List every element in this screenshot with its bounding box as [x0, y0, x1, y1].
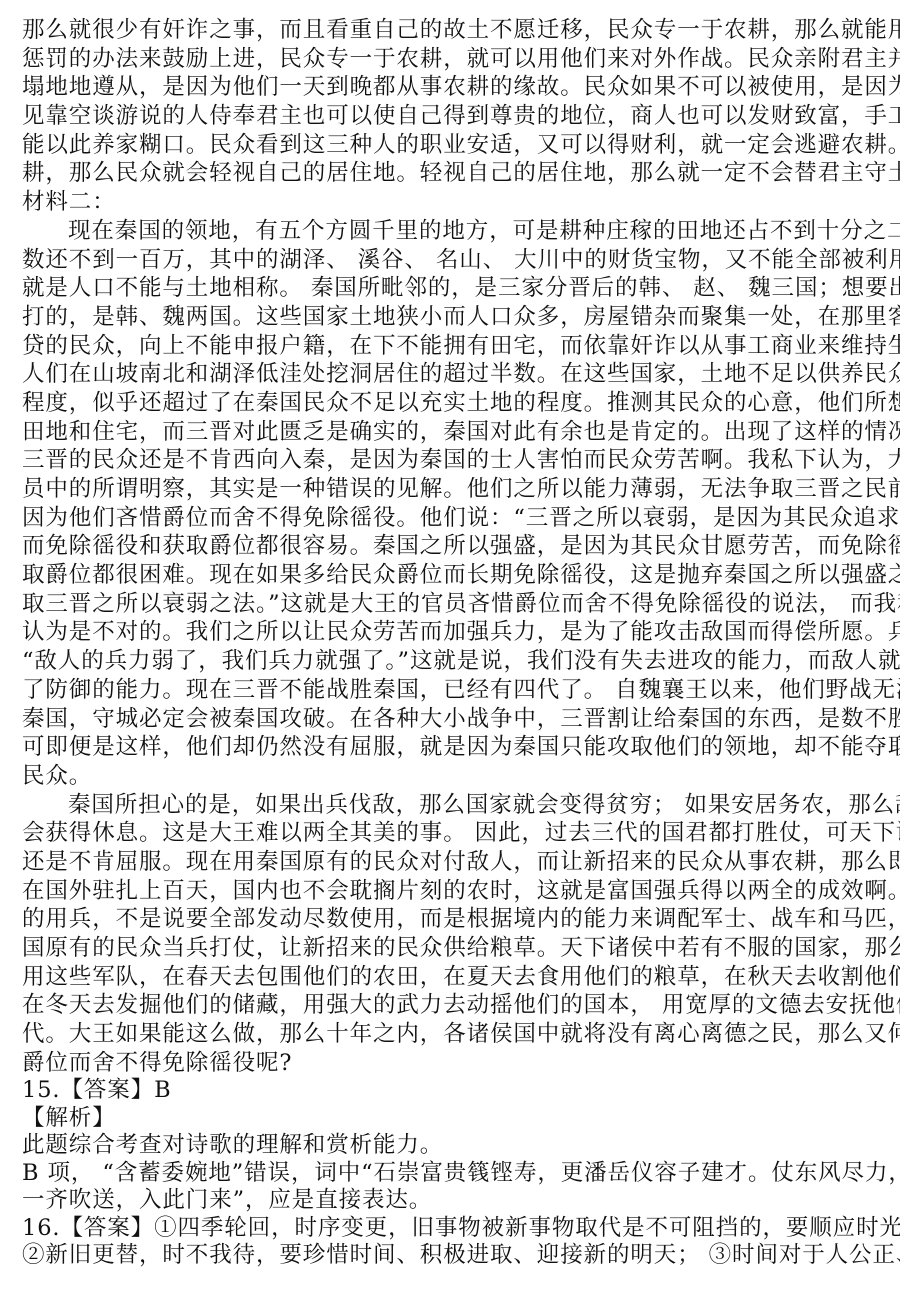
text-line: 数还不到一百万，其中的湖泽、 溪谷、 名山、 大川中的财货宝物，又不能全部被利用…	[22, 246, 880, 275]
text-line: 见靠空谈游说的人侍奉君主也可以使自己得到尊贵的地位，商人也可以发财致富，手工业者…	[22, 102, 880, 131]
q15-analysis-line: 此题综合考查对诗歌的理解和赏析能力。	[22, 1132, 880, 1160]
q15-analysis-line: B 项， “含蓄委婉地”错误，词中“石崇富贵篯铿寿，更潘岳仪容子建才。仗东风尽力…	[22, 1160, 880, 1188]
text-line: 可即便是这样，他们却仍然没有屈服，就是因为秦国只能攻取他们的领地，却不能夺取他们…	[22, 733, 880, 762]
text-line: 因为他们吝惜爵位而舍不得免除徭役。他们说：“三晋之所以衰弱，是因为其民众追求享乐…	[22, 504, 880, 533]
text-line: 员中的所谓明察，其实是一种错误的见解。他们之所以能力薄弱，无法争取三晋之民前来，…	[22, 475, 880, 504]
material1-tail: 那么就很少有奸诈之事，而且看重自己的故土不愿迁移，民众专一于农耕，那么就能用奖赏…	[22, 16, 880, 188]
text-line: 会获得休息。这是大王难以两全其美的事。 因此，过去三代的国君都打胜仗，可天下诸侯…	[22, 819, 880, 848]
text-line: 惩罚的办法来鼓励上进，民众专一于农耕，就可以用他们来对外作战。民众亲附君主并且死…	[22, 45, 880, 74]
text-line: 秦国所担心的是，如果出兵伐敌，那么国家就会变得贫穷； 如果安居务农，那么敌人就	[22, 791, 880, 820]
text-line: 能以此养家糊口。民众看到这三种人的职业安适，又可以得财利，就一定会逃避农耕。逃避…	[22, 131, 880, 160]
text-line: 就是人口不能与土地相称。 秦国所毗邻的，是三家分晋后的韩、 赵、 魏三国；想要出…	[22, 274, 880, 303]
text-line: 代。大王如果能这么做，那么十年之内，各诸侯国中就将没有离心离德之民，那么又何必吝…	[22, 1020, 880, 1049]
text-line: 还是不肯屈服。现在用秦国原有的民众对付敌人，而让新招来的民众从事农耕，那么即便军…	[22, 848, 880, 877]
text-line: 取爵位都很困难。现在如果多给民众爵位而长期免除徭役，这是抛弃秦国之所以强盛之道而…	[22, 561, 880, 590]
text-line: 三晋的民众还是不肯西向入秦，是因为秦国的士人害怕而民众劳苦啊。我私下认为，大王的…	[22, 446, 880, 475]
text-line: “敌人的兵力弱了，我们兵力就强了。”这就是说，我们没有失去进攻的能力，而敌人就失…	[22, 647, 880, 676]
text-line: 现在秦国的领地，有五个方圆千里的地方，可是耕种庄稼的田地还占不到十分之二，田	[22, 217, 880, 246]
text-line: 秦国，守城必定会被秦国攻破。在各种大小战争中，三晋割让给秦国的东西，是数不胜数的…	[22, 705, 880, 734]
text-line: 程度，似乎还超过了在秦国民众不足以充实土地的程度。推测其民众的心意，他们所想要的…	[22, 389, 880, 418]
text-line: 贷的民众，向上不能申报户籍，在下不能拥有田宅，而依靠奸诈以从事工商业来维持生活；	[22, 332, 880, 361]
q15-answer: 15.【答案】B	[22, 1077, 880, 1105]
text-line: 取三晋之所以衰弱之法。”这就是大王的官员吝惜爵位而舍不得免除徭役的说法， 而我私…	[22, 590, 880, 619]
material2-paragraph-2: 秦国所担心的是，如果出兵伐敌，那么国家就会变得贫穷； 如果安居务农，那么敌人就 …	[22, 791, 880, 1078]
text-line: 在国外驻扎上百天，国内也不会耽搁片刻的农时，这就是富国强兵得以两全的成效啊。我所…	[22, 877, 880, 906]
document-page: 那么就很少有奸诈之事，而且看重自己的故土不愿迁移，民众专一于农耕，那么就能用奖赏…	[22, 16, 880, 1270]
answers-section: 15.【答案】B 【解析】 此题综合考查对诗歌的理解和赏析能力。 B 项， “含…	[22, 1077, 880, 1270]
text-line: 打的，是韩、魏两国。这些国家土地狭小而人口众多，房屋错杂而聚集一处，在那里客居和…	[22, 303, 880, 332]
q16-answer-line: 16.【答案】①四季轮回，时序变更，旧事物被新事物取代是不可阻挡的，要顺应时光的…	[22, 1215, 880, 1243]
q15-analysis-line: 一齐吹送，入此门来”，应是直接表达。	[22, 1187, 880, 1215]
text-line: 那么就很少有奸诈之事，而且看重自己的故土不愿迁移，民众专一于农耕，那么就能用奖赏…	[22, 16, 880, 45]
text-line: 塌地地遵从，是因为他们一天到晚都从事农耕的缘故。民众如果不可以被使用，是因为他们…	[22, 73, 880, 102]
text-line: 了防御的能力。现在三晋不能战胜秦国，已经有四代了。 自魏襄王以来，他们野战无法战…	[22, 676, 880, 705]
text-line: 人们在山坡南北和湖泽低洼处挖洞居住的超过半数。在这些国家，土地不足以供养民众生存…	[22, 360, 880, 389]
q15-analysis-label: 【解析】	[22, 1105, 880, 1133]
text-line: 认为是不对的。我们之所以让民众劳苦而加强兵力，是为了能攻击敌国而得偿所愿。兵法上…	[22, 618, 880, 647]
material2-paragraph-1: 现在秦国的领地，有五个方圆千里的地方，可是耕种庄稼的田地还占不到十分之二，田 数…	[22, 217, 880, 791]
text-line: 田地和住宅，而三晋对此匮乏是确实的，秦国对此有余也是肯定的。出现了这样的情况，可…	[22, 418, 880, 447]
text-line: 爵位而舍不得免除徭役呢?	[22, 1049, 880, 1078]
text-line: 的用兵，不是说要全部发动尽数使用，而是根据境内的能力来调配军士、战车和马匹， 让…	[22, 905, 880, 934]
text-line: 耕，那么民众就会轻视自己的居住地。轻视自己的居住地，那么就一定不会替君主守土作战…	[22, 159, 880, 188]
text-line: 在冬天去发掘他们的储藏，用强大的武力去动摇他们的国本， 用宽厚的文德去安抚他们的…	[22, 991, 880, 1020]
text-line: 国原有的民众当兵打仗，让新招来的民众供给粮草。天下诸侯中若有不服的国家，那么大王…	[22, 934, 880, 963]
text-line: 民众。	[22, 762, 880, 791]
text-line: 而免除徭役和获取爵位都很容易。秦国之所以强盛，是因为其民众甘愿劳苦，而免除徭役和…	[22, 532, 880, 561]
text-line: 用这些军队，在春天去包围他们的农田，在夏天去食用他们的粮草，在秋天去收割他们的庄…	[22, 963, 880, 992]
material2-heading: 材料二：	[22, 188, 880, 217]
q16-answer-line: ②新旧更替，时不我待，要珍惜时间、积极进取、迎接新的明天； ③时间对于人公正、 …	[22, 1242, 880, 1270]
